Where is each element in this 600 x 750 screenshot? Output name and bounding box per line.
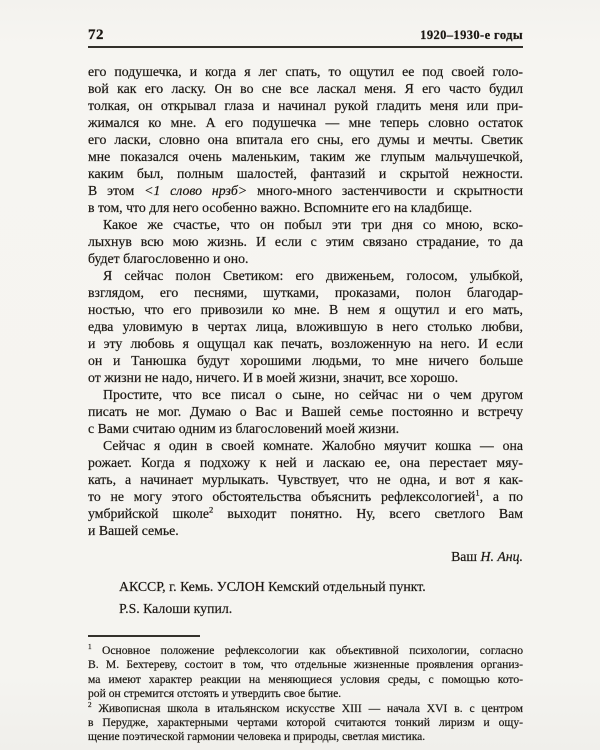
text-segment: он и Танюшка будут хорошими людьми, то м…	[88, 353, 523, 368]
text-segment: умбрийской школе	[88, 506, 209, 521]
text-line: его ласки, словно она впитала его сны, е…	[88, 131, 523, 148]
text-segment: Я сейчас полон Светиком: его движеньем, …	[103, 268, 523, 283]
text-line: P.S. Калоши купил.	[119, 598, 523, 620]
paragraph: его подушечка, и когда я лег спать, то о…	[88, 63, 523, 216]
text-segment: ностью, что его привозили ко мне. В нем …	[88, 302, 523, 317]
text-line: от жизни не надо, ничего. И в моей жизни…	[88, 369, 523, 386]
text-line: взглядом, его песнями, шутками, проказам…	[88, 284, 523, 301]
text-segment: P.S. Калоши купил.	[119, 601, 232, 616]
letter-text: его подушечка, и когда я лег спать, то о…	[88, 63, 523, 620]
text-segment: и Вашей семье.	[88, 523, 179, 538]
paragraph: Какое же счастье, что он побыл эти три д…	[88, 216, 523, 267]
page-header: 72 1920–1930-е годы	[88, 0, 523, 44]
signature-line: Ваш Н. Анц.	[88, 548, 523, 565]
text-segment: Какое же счастье, что он побыл эти три д…	[103, 217, 523, 232]
text-segment: то не могу этого обстоятельства объяснит…	[88, 489, 475, 504]
text-line: кать, а начинает мурлыкать. Чувствует, ч…	[88, 471, 523, 488]
footnotes: 1 Основное положение рефлексологии как о…	[88, 644, 523, 745]
text-line: умбрийской школе2 выходит понятно. Ну, в…	[88, 505, 523, 522]
text-line: писать не мог. Думаю о Вас и Вашей семье…	[88, 403, 523, 420]
text-segment: Ваш	[451, 549, 480, 564]
text-line: и эту любовь я ощущал как печать, возлож…	[88, 335, 523, 352]
text-segment: Сейчас я один в своей комнате. Жалобно м…	[103, 438, 523, 453]
text-segment: В. М. Бехтереву, состоит в том, что отде…	[88, 658, 523, 671]
running-head: 1920–1930-е годы	[420, 28, 523, 43]
address-block: АКССР, г. Кемь. УСЛОН Кемский отдельный …	[88, 576, 523, 620]
text-segment: писать не мог. Думаю о Вас и Вашей семье…	[88, 404, 523, 419]
text-line: толкая, он открывал глаза и начинал руко…	[88, 97, 523, 114]
text-segment: будет благословенно и оно.	[88, 251, 248, 266]
paragraph: Я сейчас полон Светиком: его движеньем, …	[88, 267, 523, 386]
text-line: и Вашей семье.	[88, 522, 523, 539]
text-segment: и эту любовь я ощущал как печать, возлож…	[88, 336, 523, 351]
text-segment: Живописная школа в итальянском искусстве…	[92, 702, 523, 715]
text-segment: вой как его ласку. Он во сне все ласкал …	[88, 81, 523, 96]
text-line: жимался ко мне. А его подушечка — мне те…	[88, 114, 523, 131]
book-page: 72 1920–1930-е годы его подушечка, и ког…	[0, 0, 600, 750]
text-segment: много-много застенчивости и скрытности	[247, 183, 523, 198]
text-line: его подушечка, и когда я лег спать, то о…	[88, 63, 523, 80]
text-line: Простите, что все писал о сыне, но сейча…	[88, 386, 523, 403]
footnote-separator	[88, 635, 200, 637]
text-segment: его подушечка, и когда я лег спать, то о…	[88, 64, 523, 79]
text-segment: каким был, полным шалостей, фантазий и с…	[88, 166, 523, 181]
text-line: 2 Живописная школа в итальянском искусст…	[88, 702, 523, 716]
text-segment: в том, что для него особенно важно. Вспо…	[88, 200, 472, 215]
text-line: Я сейчас полон Светиком: его движеньем, …	[88, 267, 523, 284]
text-segment: его ласки, словно она впитала его сны, е…	[88, 132, 523, 147]
text-segment: от жизни не надо, ничего. И в моей жизни…	[88, 370, 458, 385]
text-column: 72 1920–1930-е годы его подушечка, и ког…	[88, 0, 523, 745]
text-line: АКССР, г. Кемь. УСЛОН Кемский отдельный …	[119, 576, 523, 598]
text-line: с Вами считаю одним из благословений мое…	[88, 420, 523, 437]
text-line: В. М. Бехтереву, состоит в том, что отде…	[88, 658, 523, 672]
text-segment: с Вами считаю одним из благословений мое…	[88, 421, 399, 436]
text-line: Ваш Н. Анц.	[88, 548, 523, 565]
text-line: вой как его ласку. Он во сне все ласкал …	[88, 80, 523, 97]
footnote: 2 Живописная школа в итальянском искусст…	[88, 702, 523, 745]
text-line: то не могу этого обстоятельства объяснит…	[88, 488, 523, 505]
text-line: в том, что для него особенно важно. Вспо…	[88, 199, 523, 216]
text-line: рожает. Когда я подхожу к ней и ласкаю е…	[88, 454, 523, 471]
text-line: лыхнув всю мою жизнь. И если с этим связ…	[88, 233, 523, 250]
text-line: 1 Основное положение рефлексологии как о…	[88, 644, 523, 658]
text-segment: лыхнув всю мою жизнь. И если с этим связ…	[88, 234, 523, 249]
paragraph: Простите, что все писал о сыне, но сейча…	[88, 386, 523, 437]
text-line: щение поэтической гармонии человека и пр…	[88, 730, 523, 744]
text-segment: Основное положение рефлексологии как объ…	[92, 644, 523, 657]
text-segment: едва уловимую в чертах лица, вложившую в…	[88, 319, 523, 334]
text-line: ностью, что его привозили ко мне. В нем …	[88, 301, 523, 318]
text-segment: Простите, что все писал о сыне, но сейча…	[103, 387, 523, 402]
text-segment: ма имеют характер реакции на меняющиеся …	[88, 673, 523, 686]
text-line: он и Танюшка будут хорошими людьми, то м…	[88, 352, 523, 369]
page-number: 72	[88, 27, 104, 44]
text-segment: рой он стремится отстоять и утвердить св…	[88, 687, 341, 700]
text-segment: взглядом, его песнями, шутками, проказам…	[88, 285, 523, 300]
italic-text: Н. Анц.	[481, 549, 523, 564]
text-line: мне показался очень маленьким, таким же …	[88, 148, 523, 165]
text-segment: в Перудже, характерными чертами которой …	[88, 716, 523, 729]
text-line: Сейчас я один в своей комнате. Жалобно м…	[88, 437, 523, 454]
text-segment: толкая, он открывал глаза и начинал руко…	[88, 98, 523, 113]
text-segment: жимался ко мне. А его подушечка — мне те…	[88, 115, 523, 130]
text-line: едва уловимую в чертах лица, вложившую в…	[88, 318, 523, 335]
text-segment: , а по	[480, 489, 523, 504]
text-line: Какое же счастье, что он побыл эти три д…	[88, 216, 523, 233]
text-line: каким был, полным шалостей, фантазий и с…	[88, 165, 523, 182]
text-segment: мне показался очень маленьким, таким же …	[88, 149, 523, 164]
text-segment: АКССР, г. Кемь. УСЛОН Кемский отдельный …	[119, 579, 426, 594]
text-line: в Перудже, характерными чертами которой …	[88, 716, 523, 730]
text-line: В этом <1 слово нрзб> много-много застен…	[88, 182, 523, 199]
footnote: 1 Основное положение рефлексологии как о…	[88, 644, 523, 702]
text-segment: рожает. Когда я подхожу к ней и ласкаю е…	[88, 455, 523, 470]
text-segment: выходит понятно. Ну, всего светлого Вам	[213, 506, 523, 521]
text-segment: щение поэтической гармонии человека и пр…	[88, 730, 425, 743]
italic-text: <1 слово нрзб>	[144, 183, 247, 198]
text-line: рой он стремится отстоять и утвердить св…	[88, 687, 523, 701]
text-line: будет благословенно и оно.	[88, 250, 523, 267]
text-segment: кать, а начинает мурлыкать. Чувствует, ч…	[88, 472, 523, 487]
paragraph: Сейчас я один в своей комнате. Жалобно м…	[88, 437, 523, 539]
text-segment: В этом	[88, 183, 144, 198]
header-rule	[88, 46, 523, 48]
text-line: ма имеют характер реакции на меняющиеся …	[88, 673, 523, 687]
